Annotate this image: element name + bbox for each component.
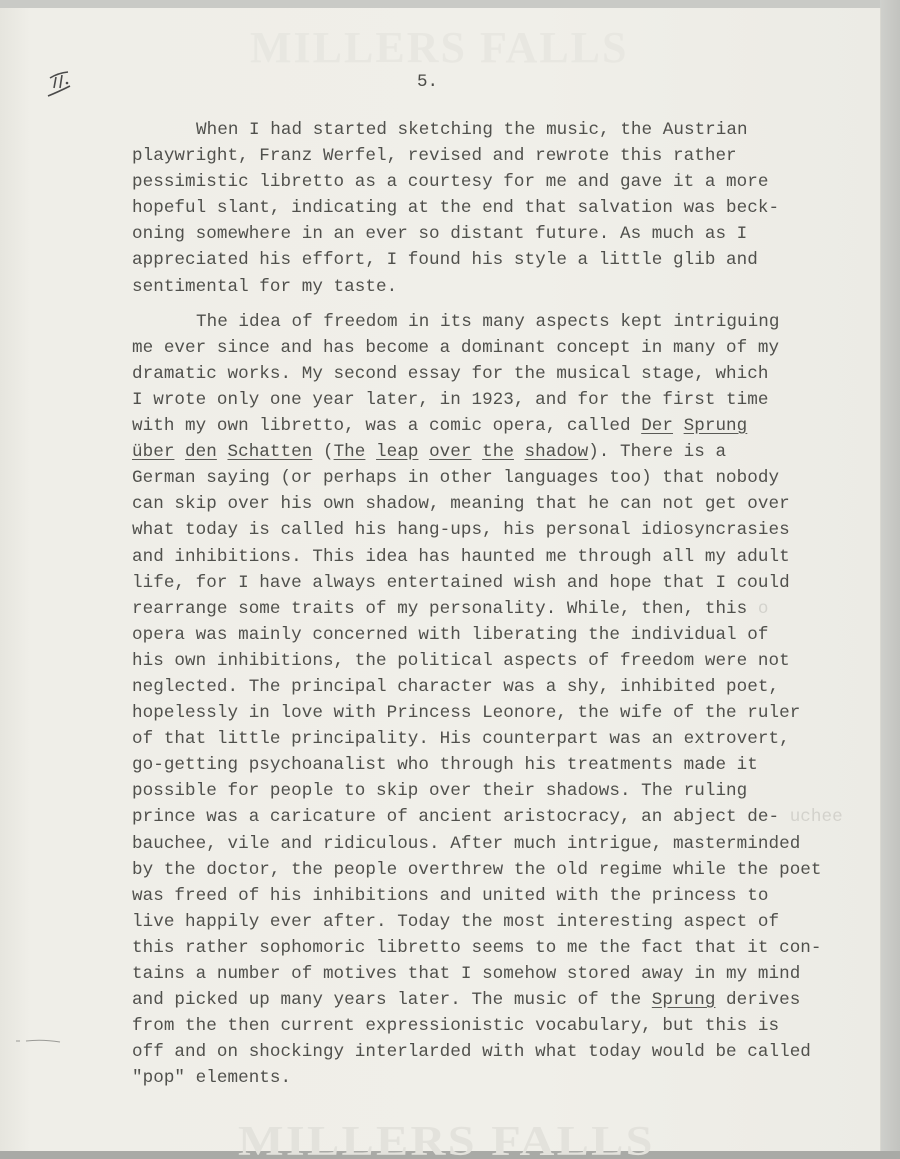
text-line: his own inhibitions, the political aspec… [132,648,852,674]
scan-border-top [0,0,900,8]
text-fragment: with my own libretto, was a comic opera,… [132,416,641,436]
text-line: oning somewhere in an ever so distant fu… [132,221,852,247]
text-line: rearrange some traits of my personality.… [132,596,852,622]
handwritten-roman-two-icon [44,66,84,106]
text-line: appreciated his effort, I found his styl… [132,247,852,273]
paper-watermark: MILLERS FALLS [238,1118,655,1159]
text-line: German saying (or perhaps in other langu… [132,465,852,491]
faint-stray-mark: o [758,599,769,619]
underlined-translation-word: the [482,442,514,462]
text-line: prince was a caricature of ancient arist… [132,804,852,830]
underlined-translation-word: shadow [525,442,589,462]
text-line: off and on shockingy interlarded with wh… [132,1039,852,1065]
text-line: When I had started sketching the music, … [132,117,852,143]
text-fragment: prince was a caricature of ancient arist… [132,807,779,827]
text-line: was freed of his inhibitions and united … [132,883,852,909]
text-line: tains a number of motives that I somehow… [132,961,852,987]
text-line: me ever since and has become a dominant … [132,335,852,361]
text-line: hopelessly in love with Princess Leonore… [132,700,852,726]
scan-border-right [880,0,900,1159]
text-line: possible for people to skip over their s… [132,778,852,804]
text-line: pessimistic libretto as a courtesy for m… [132,169,852,195]
page-number: 5. [417,72,438,92]
text-line: can skip over his own shadow, meaning th… [132,491,852,517]
text-fragment: and picked up many years later. The musi… [132,990,652,1010]
text-line-with-title: with my own libretto, was a comic opera,… [132,413,852,439]
text-line: playwright, Franz Werfel, revised and re… [132,143,852,169]
pencil-mark-icon [14,1038,62,1044]
underlined-translation-word: leap [376,442,418,462]
underlined-title-word: Sprung [684,416,748,436]
paragraph-2: The idea of freedom in its many aspects … [132,309,852,1092]
text-line: go-getting psychoanalist who through his… [132,752,852,778]
text-line: live happily ever after. Today the most … [132,909,852,935]
text-line: bauchee, vile and ridiculous. After much… [132,831,852,857]
underlined-title-word: den [185,442,217,462]
text-fragment: rearrange some traits of my personality.… [132,599,747,619]
typewritten-page: MILLERS FALLS 5. When I had started sket… [0,8,880,1151]
text-fragment: derives [715,990,800,1010]
paragraph-1: When I had started sketching the music, … [132,117,852,300]
text-line: from the then current expressionistic vo… [132,1013,852,1039]
underlined-translation-word: The [334,442,366,462]
text-line: I wrote only one year later, in 1923, an… [132,387,852,413]
text-line: neglected. The principal character was a… [132,674,852,700]
text-line: this rather sophomoric libretto seems to… [132,935,852,961]
text-line-with-title: über den Schatten (The leap over the sha… [132,439,852,465]
text-fragment: ( [312,442,333,462]
underlined-translation-word: over [429,442,471,462]
underlined-title-word: Sprung [652,990,716,1010]
paper-watermark-top-bleed: MILLERS FALLS [250,22,629,73]
text-line: of that little principality. His counter… [132,726,852,752]
underlined-title-word: Schatten [227,442,312,462]
text-line: what today is called his hang-ups, his p… [132,517,852,543]
text-line: opera was mainly concerned with liberati… [132,622,852,648]
text-line-with-title: and picked up many years later. The musi… [132,987,852,1013]
text-line: and inhibitions. This idea has haunted m… [132,544,852,570]
text-line: "pop" elements. [132,1065,852,1091]
document-body: When I had started sketching the music, … [132,117,852,1091]
faint-stray-mark: uchee [790,807,843,827]
paragraph-spacer [132,300,852,309]
text-line: hopeful slant, indicating at the end tha… [132,195,852,221]
underlined-title-word: über [132,442,174,462]
text-fragment: ). There is a [588,442,726,462]
text-line: sentimental for my taste. [132,274,852,300]
text-line: by the doctor, the people overthrew the … [132,857,852,883]
handwritten-margin-annotation [44,66,80,102]
underlined-title-word: Der [641,416,673,436]
text-line: life, for I have always entertained wish… [132,570,852,596]
text-line: dramatic works. My second essay for the … [132,361,852,387]
text-line: The idea of freedom in its many aspects … [132,309,852,335]
watermark-text-top: MILLERS FALLS [250,23,629,72]
